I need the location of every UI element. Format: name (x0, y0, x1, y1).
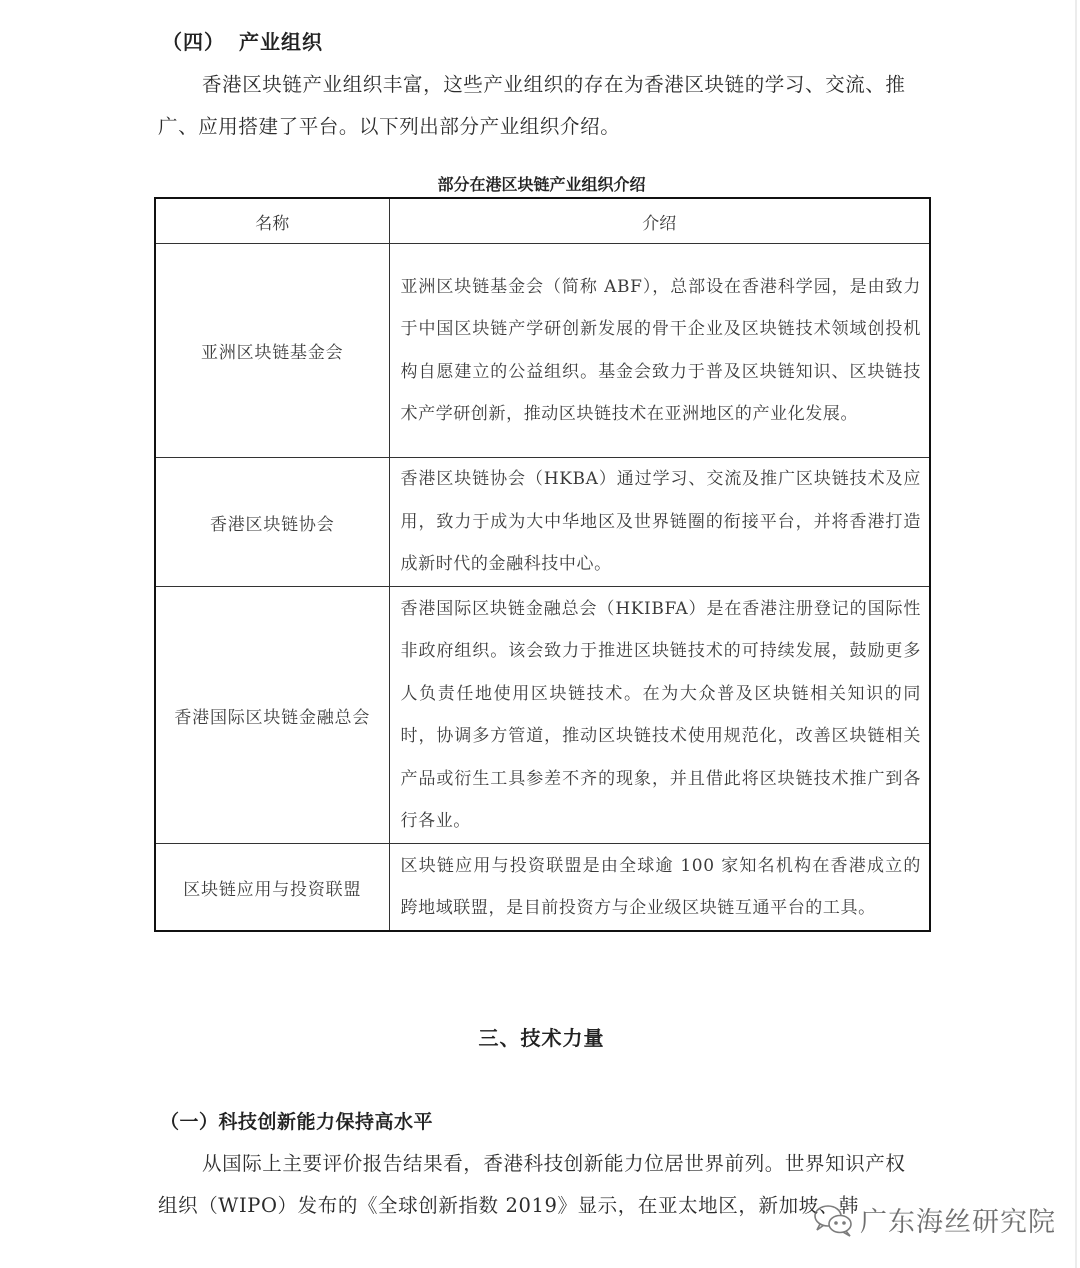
watermark-text: 广东海丝研究院 (860, 1200, 1056, 1239)
intro-paragraph: 香港区块链产业组织丰富，这些产业组织的存在为香港区块链的学习、交流、推广、应用搭… (158, 64, 918, 148)
watermark: 广东海丝研究院 (812, 1200, 1056, 1239)
org-description-cell: 亚洲区块链基金会（简称 ABF），总部设在香港科学园，是由致力于中国区块链产学研… (389, 244, 930, 458)
page-edge (1075, 0, 1077, 1268)
innovation-paragraph: 从国际上主要评价报告结果看，香港科技创新能力位居世界前列。世界知识产权组织（WI… (158, 1143, 918, 1227)
org-description-cell: 香港国际区块链金融总会（HKIBFA）是在香港注册登记的国际性非政府组织。该会致… (389, 587, 930, 844)
org-name-cell: 区块链应用与投资联盟 (155, 844, 389, 932)
org-name-cell: 亚洲区块链基金会 (155, 244, 389, 458)
intro-paragraph-text: 香港区块链产业组织丰富，这些产业组织的存在为香港区块链的学习、交流、推广、应用搭… (158, 73, 906, 138)
org-description-cell: 香港区块链协会（HKBA）通过学习、交流及推广区块链技术及应用，致力于成为大中华… (389, 458, 930, 587)
section-heading-industry-org: （四）产业组织 (162, 26, 323, 55)
table-row: 香港区块链协会 香港区块链协会（HKBA）通过学习、交流及推广区块链技术及应用，… (155, 458, 930, 587)
org-description-cell: 区块链应用与投资联盟是由全球逾 100 家知名机构在香港成立的跨地域联盟，是目前… (389, 844, 930, 932)
table-row: 区块链应用与投资联盟 区块链应用与投资联盟是由全球逾 100 家知名机构在香港成… (155, 844, 930, 932)
column-header-name: 名称 (155, 198, 389, 244)
column-header-description: 介绍 (389, 198, 930, 244)
table-caption: 部分在港区块链产业组织介绍 (154, 172, 929, 195)
org-name-cell: 香港区块链协会 (155, 458, 389, 587)
section-title: 产业组织 (239, 30, 323, 54)
wechat-icon (812, 1202, 856, 1238)
table-row: 亚洲区块链基金会 亚洲区块链基金会（简称 ABF），总部设在香港科学园，是由致力… (155, 244, 930, 458)
organization-table: 名称 介绍 亚洲区块链基金会 亚洲区块链基金会（简称 ABF），总部设在香港科学… (154, 197, 931, 932)
table-row: 香港国际区块链金融总会 香港国际区块链金融总会（HKIBFA）是在香港注册登记的… (155, 587, 930, 844)
section-heading-innovation: （一）科技创新能力保持高水平 (160, 1107, 433, 1134)
innovation-paragraph-text: 从国际上主要评价报告结果看，香港科技创新能力位居世界前列。世界知识产权组织（WI… (158, 1152, 906, 1217)
org-name-cell: 香港国际区块链金融总会 (155, 587, 389, 844)
chapter-heading-tech-power: 三、技术力量 (154, 1022, 929, 1051)
table-header-row: 名称 介绍 (155, 198, 930, 244)
section-number: （四） (162, 30, 225, 54)
